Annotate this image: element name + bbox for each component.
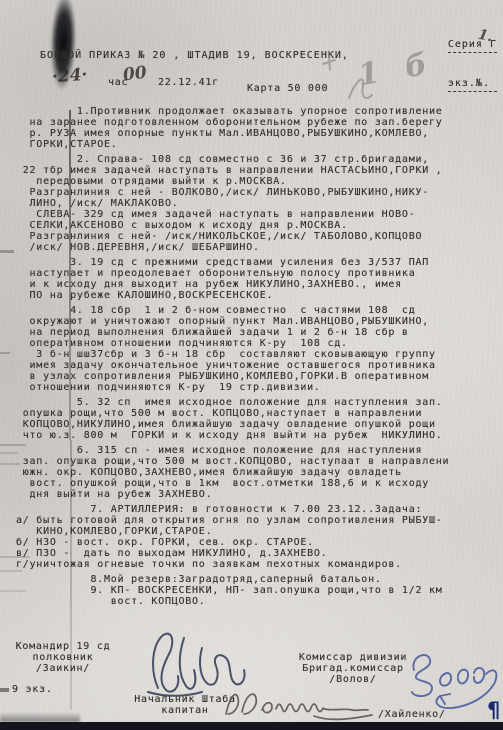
commissar-block: Комиссар дивизииБригад.комиссар/Волов/ <box>288 652 418 685</box>
order-line: /иск/ НОВ.ДЕРЕВНЯ,/иск/ ШЕБАРШИНО. <box>16 242 501 253</box>
order-line: вост. КОПЦОВО. <box>16 596 501 607</box>
order-paragraph-5: 5. 32 сп имея исходное положение для нас… <box>16 397 501 441</box>
order-paragraph-6: 6. 315 сп - имея исходное положение для … <box>16 445 501 500</box>
pencil-note-strokes <box>315 48 375 108</box>
order-line: г/уничтожая огневые точки по заявкам пех… <box>16 559 501 570</box>
order-paragraph-3: 3. 19 сд с прежними средствами усиления … <box>16 257 501 301</box>
order-paragraph-4: 4. 18 сбр 1 и 2 б-ном совместно с частям… <box>16 305 501 393</box>
text-line: Комиссар дивизии <box>288 652 418 663</box>
order-line: а/ быть готовой для открытия огня по узл… <box>16 515 501 526</box>
order-line: СЕЛКИ,АКСЕНОВО с выходом к исходу дня р.… <box>16 220 501 231</box>
order-line: оперативном отношении подчиняются К-ру 1… <box>16 338 501 349</box>
order-line: СЛЕВА- 329 сд имея задачей наступать в н… <box>16 209 501 220</box>
order-paragraph-1: 1.Противник продолжает оказывать упорное… <box>16 106 501 150</box>
order-line: б/ НЗО - вост. окр. ГОРКИ, сев. окр. СТА… <box>16 537 501 548</box>
order-line: что ю.з. 800 м ГОРКИ и к исходу дня выйт… <box>16 430 501 441</box>
text-line: Бригад.комиссар <box>288 663 418 674</box>
order-line: зап. опушка рощи,что 500 м вост.КОПЦОВО,… <box>16 456 501 467</box>
order-line: Разгранлиния с ней- /иск/НИКОЛЬСКОЕ,/иск… <box>16 231 501 242</box>
order-paragraph-7: 7. АРТИЛЛЕРИЯ: в готовности к 7.00 23.12… <box>16 504 501 570</box>
order-line: в узлах сопротивления РЫБУШКИНО,КОМЛЕВО,… <box>16 371 501 382</box>
order-line: ПО на рубеже КАЛОШИНО,ВОСКРЕСЕНСКОЕ. <box>16 290 501 301</box>
order-line: вост. опушкой рощи,что в 1км вост.отметк… <box>16 478 501 489</box>
order-line: ЛИНО, /иск/ МАКЛАКОВО. <box>16 198 501 209</box>
bottom-smudge <box>0 712 80 722</box>
order-line: на заранее подготовленном оборонительном… <box>16 117 501 128</box>
order-line: 6. 315 сп - имея исходное положение для … <box>16 445 501 456</box>
order-paragraph-2: 2. Справа- 108 сд совместно с 36 и 37 ст… <box>16 154 501 253</box>
margin-streak <box>0 352 10 354</box>
khaylenko-signature <box>218 684 380 726</box>
margin-streak <box>0 688 9 692</box>
order-line: 22 тбр имея задачей наступать в направле… <box>16 165 501 176</box>
order-line: 3. 19 сд с прежними средствами усиления … <box>16 257 501 268</box>
order-line: 5. 32 сп имея исходное положение для нас… <box>16 397 501 408</box>
order-line: 4. 18 сбр 1 и 2 б-ном совместно с частям… <box>16 305 501 316</box>
order-line: в/ ПЗО - дать по выходам НИКУЛИНО, д.ЗАХ… <box>16 548 501 559</box>
order-line: р. РУЗА имея опорные пункты Мал.ИВАНЦОВО… <box>16 128 501 139</box>
time-minutes-handwritten: 00 <box>122 63 148 86</box>
time-hours-handwritten: ·24· <box>51 65 88 87</box>
commander-signature-block: Командир 19 сдполковник/Заикин/ <box>4 641 122 674</box>
order-line: окружают и уничтожают опорный пункт Мал.… <box>16 316 501 327</box>
order-body: 1.Противник продолжает оказывать упорное… <box>16 106 501 611</box>
margin-streak <box>0 250 14 253</box>
order-line: ГОРКИ,СТАРОЕ. <box>16 139 501 150</box>
order-line: имея задачу окончательное уничтожение ос… <box>16 360 501 371</box>
order-line: отношении подчиняются К-ру 19 стр.дивизи… <box>16 382 501 393</box>
order-line: 9. КП- ВОСКРЕСЕНКИ, НП- зап.опушка рощи,… <box>16 585 501 596</box>
copies-count: 9 экз. <box>12 684 53 695</box>
text-line: /Заикин/ <box>4 663 122 674</box>
order-date: 22.12.41г <box>158 77 219 88</box>
order-line: 1.Противник продолжает оказывать упорное… <box>16 106 501 117</box>
text-line: Командир 19 сд <box>4 641 122 652</box>
order-line: 2. Справа- 108 сд совместно с 36 и 37 ст… <box>16 154 501 165</box>
order-title: БОЕВОЙ ПРИКАЗ № 20 , ШТАДИВ 19, ВОСКРЕСЕ… <box>40 50 349 61</box>
order-line: и к исходу дня выходит на рубеж НИКУЛИНО… <box>16 279 501 290</box>
text-line: полковник <box>4 652 122 663</box>
order-line: передовыми отрядами выйти к р.МОСКВА. <box>16 176 501 187</box>
order-line: наступает и преодолевает оборонительную … <box>16 268 501 279</box>
order-line: КИНО,КОМЛЕВО,ГОРКИ,СТАРОЕ. <box>16 526 501 537</box>
order-paragraph-8: 8.Мой резерв:Заградотряд,саперный баталь… <box>16 574 501 607</box>
order-line: КОПЦОВО,НИКУЛИНО,имея ближайшую задачу о… <box>16 419 501 430</box>
order-line: опушка рощи,что 500 м вост. КОПЦОВО,наст… <box>16 408 501 419</box>
order-line: южн. окр. КОПЦОВО,ЗАХНЕВО,имея ближайшую… <box>16 467 501 478</box>
volov-signature <box>404 648 503 712</box>
order-line: 3 б-н шш37сбр и 3 б-н 18 сбр составляют … <box>16 349 501 360</box>
order-line: Разгранлиния с ней - ВОЛКОВО,/иск/ ЛИНЬК… <box>16 187 501 198</box>
page-scan: ¶ Серия Г экз.№. 1. БОЕВОЙ ПРИКАЗ № 20 ,… <box>0 0 503 730</box>
order-line: на период выполнения ближайшей задачи 1 … <box>16 327 501 338</box>
copy-label: экз.№. <box>448 77 497 92</box>
order-line: 8.Мой резерв:Заградотряд,саперный баталь… <box>16 574 501 585</box>
order-line: 7. АРТИЛЛЕРИЯ: в готовности к 7.00 23.12… <box>16 504 501 515</box>
order-line: дня выйти на рубеж ЗАХНЕВО. <box>16 489 501 500</box>
